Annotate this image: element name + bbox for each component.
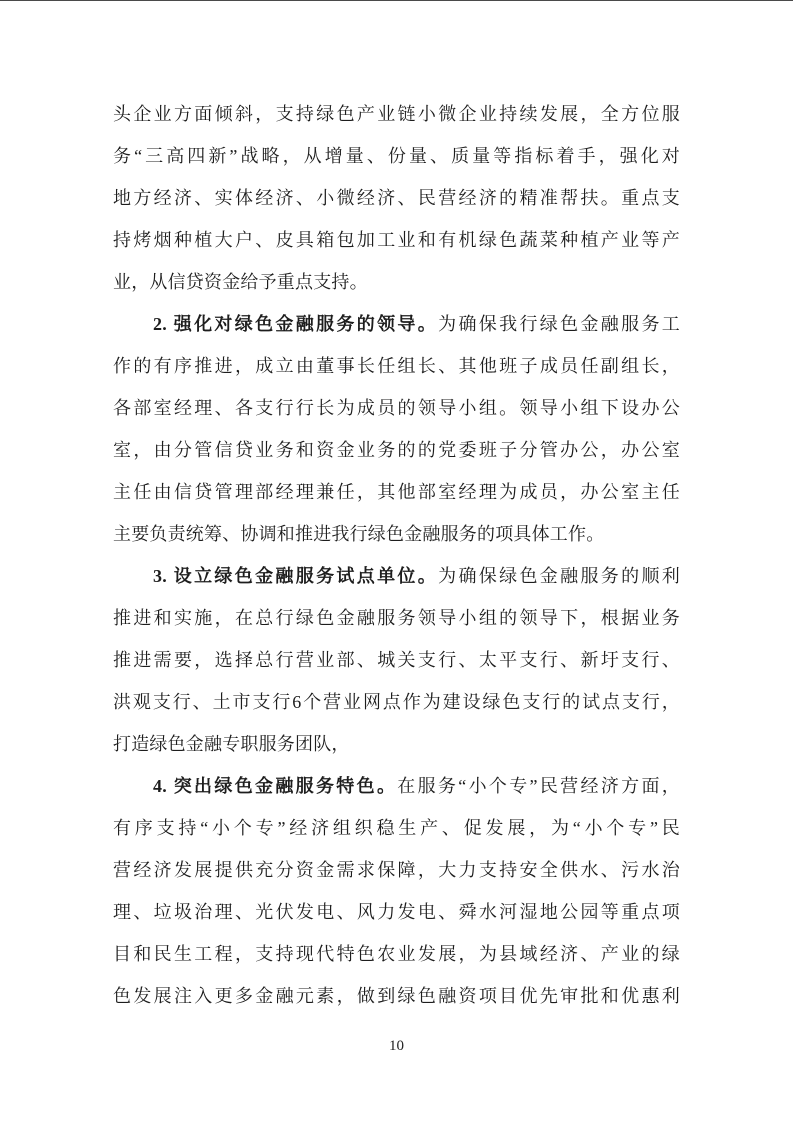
page-number: 10 xyxy=(0,1034,793,1058)
text-line: 色发展注入更多金融元素，做到绿色融资项目优先审批和优惠利 xyxy=(113,975,680,1017)
text-line: 3. 设立绿色金融服务试点单位。为确保绿色金融服务的顺利 xyxy=(113,555,680,597)
text-line: 打造绿色金融专职服务团队， xyxy=(113,723,680,765)
text-line: 主要负责统筹、协调和推进我行绿色金融服务的项具体工作。 xyxy=(113,513,680,555)
text-line: 务“三高四新”战略，从增量、份量、质量等指标着手，强化对 xyxy=(113,135,680,177)
text-line: 推进和实施，在总行绿色金融服务领导小组的领导下，根据业务 xyxy=(113,597,680,639)
text-line: 业，从信贷资金给予重点支持。 xyxy=(113,261,680,303)
text-line: 4. 突出绿色金融服务特色。在服务“小个专”民营经济方面， xyxy=(113,765,680,807)
text-line: 持烤烟种植大户、皮具箱包加工业和有机绿色蔬菜种植产业等产 xyxy=(113,219,680,261)
text-line: 推进需要，选择总行营业部、城关支行、太平支行、新圩支行、 xyxy=(113,639,680,681)
heading-bold-text: 2. 强化对绿色金融服务的领导。 xyxy=(153,314,438,334)
text-line: 头企业方面倾斜，支持绿色产业链小微企业持续发展，全方位服 xyxy=(113,93,680,135)
text-line: 目和民生工程，支持现代特色农业发展，为县域经济、产业的绿 xyxy=(113,933,680,975)
text-line: 有序支持“小个专”经济组织稳生产、促发展，为“小个专”民 xyxy=(113,807,680,849)
text-line: 主任由信贷管理部经理兼任，其他部室经理为成员，办公室主任 xyxy=(113,471,680,513)
text-line: 室，由分管信贷业务和资金业务的的党委班子分管办公，办公室 xyxy=(113,429,680,471)
document-page: 头企业方面倾斜，支持绿色产业链小微企业持续发展，全方位服务“三高四新”战略，从增… xyxy=(0,0,793,1122)
text-line: 作的有序推进，成立由董事长任组长、其他班子成员任副组长， xyxy=(113,345,680,387)
text-line: 洪观支行、土市支行6个营业网点作为建设绿色支行的试点支行， xyxy=(113,681,680,723)
text-line: 营经济发展提供充分资金需求保障，大力支持安全供水、污水治 xyxy=(113,849,680,891)
text-line: 地方经济、实体经济、小微经济、民营经济的精准帮扶。重点支 xyxy=(113,177,680,219)
heading-bold-text: 4. 突出绿色金融服务特色。 xyxy=(153,776,397,796)
text-line: 2. 强化对绿色金融服务的领导。为确保我行绿色金融服务工 xyxy=(113,303,680,345)
document-body: 头企业方面倾斜，支持绿色产业链小微企业持续发展，全方位服务“三高四新”战略，从增… xyxy=(113,93,680,1017)
text-line: 理、垃圾治理、光伏发电、风力发电、舜水河湿地公园等重点项 xyxy=(113,891,680,933)
text-line: 各部室经理、各支行行长为成员的领导小组。领导小组下设办公 xyxy=(113,387,680,429)
heading-bold-text: 3. 设立绿色金融服务试点单位。 xyxy=(153,566,438,586)
